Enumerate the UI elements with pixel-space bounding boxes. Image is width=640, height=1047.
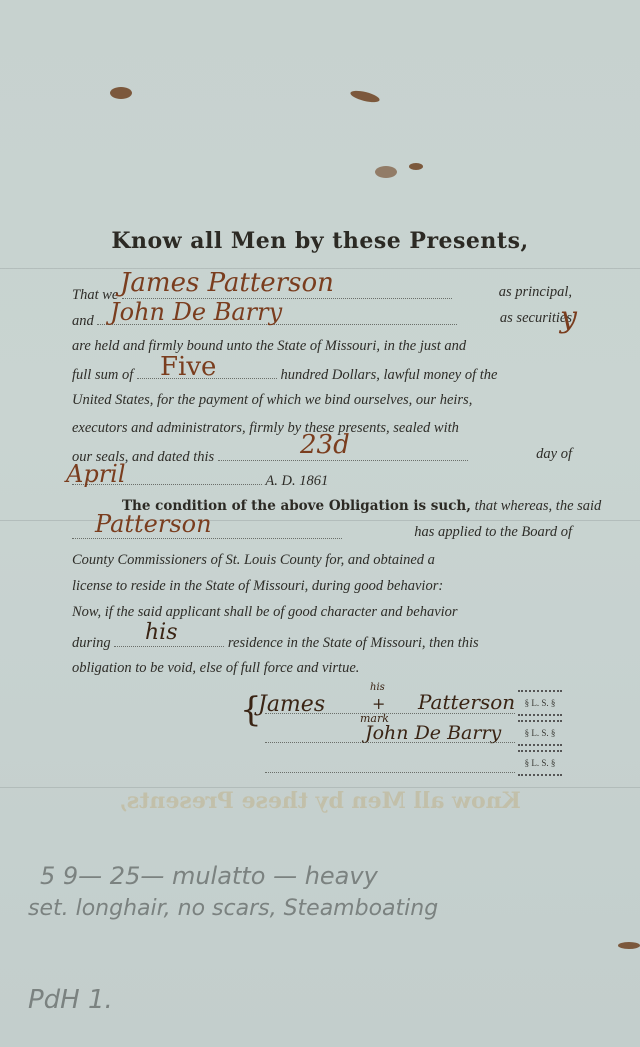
printed-text: residence in the State of Missouri, then… [228,635,479,651]
signature-1-mark: + [372,694,385,713]
handwritten-pronoun: his [145,620,178,645]
handwritten-applicant: Patterson [95,510,212,538]
ink-stain [409,163,423,170]
ink-stain [618,942,640,949]
signature-1-mark-above: his [370,682,385,693]
printed-text: and [72,313,94,329]
bond-line-month: A. D. 1861 [72,470,572,492]
bond-line-sum: full sum of hundred Dollars, lawful mone… [72,364,572,386]
handwritten-sum: Five [160,352,216,382]
signature-2: John De Barry [365,722,501,744]
printed-text: day of [536,446,572,463]
pencil-note-3: PdH 1. [28,985,113,1015]
printed-text: has applied to the Board of [414,524,572,541]
seal-ls-1: § L. S. § [518,690,562,716]
printed-text: that whereas, the said [475,498,602,514]
handwritten-security-mark: y [560,300,577,335]
bleed-through-title: Know all Men by these Presents, [0,788,640,814]
handwritten-day: 23d [300,430,350,460]
handwritten-principal: James Patterson [120,268,334,298]
printed-text: as principal, [499,284,572,301]
printed-text: A. D. 1861 [265,473,328,489]
bond-line-11: County Commissioners of St. Louis County… [72,552,572,574]
seal-ls-3: § L. S. § [518,750,562,776]
ink-stain [349,89,380,105]
bond-line-15: obligation to be void, else of full forc… [72,660,572,682]
pencil-note-1: 5 9— 25— mulatto — heavy [40,862,378,890]
printed-text: during [72,635,111,651]
handwritten-month: April [66,460,126,488]
bond-line-12: license to reside in the State of Missou… [72,578,572,600]
printed-text: full sum of [72,367,133,383]
bond-line-3: are held and firmly bound unto the State… [72,338,572,360]
document-title: Know all Men by these Presents, [0,228,640,254]
pencil-note-2: set. longhair, no scars, Steamboating [28,896,438,921]
ink-stain [110,87,132,99]
signature-line-2 [265,742,515,743]
signature-line-1 [265,713,515,714]
signature-1-last: Patterson [418,690,515,714]
ink-stain [375,166,397,178]
signature-line-3 [265,772,515,773]
bond-line-5: United States, for the payment of which … [72,392,572,414]
handwritten-security: John De Barry [110,298,282,326]
printed-text: hundred Dollars, lawful money of the [280,367,497,383]
seal-ls-2: § L. S. § [518,720,562,746]
